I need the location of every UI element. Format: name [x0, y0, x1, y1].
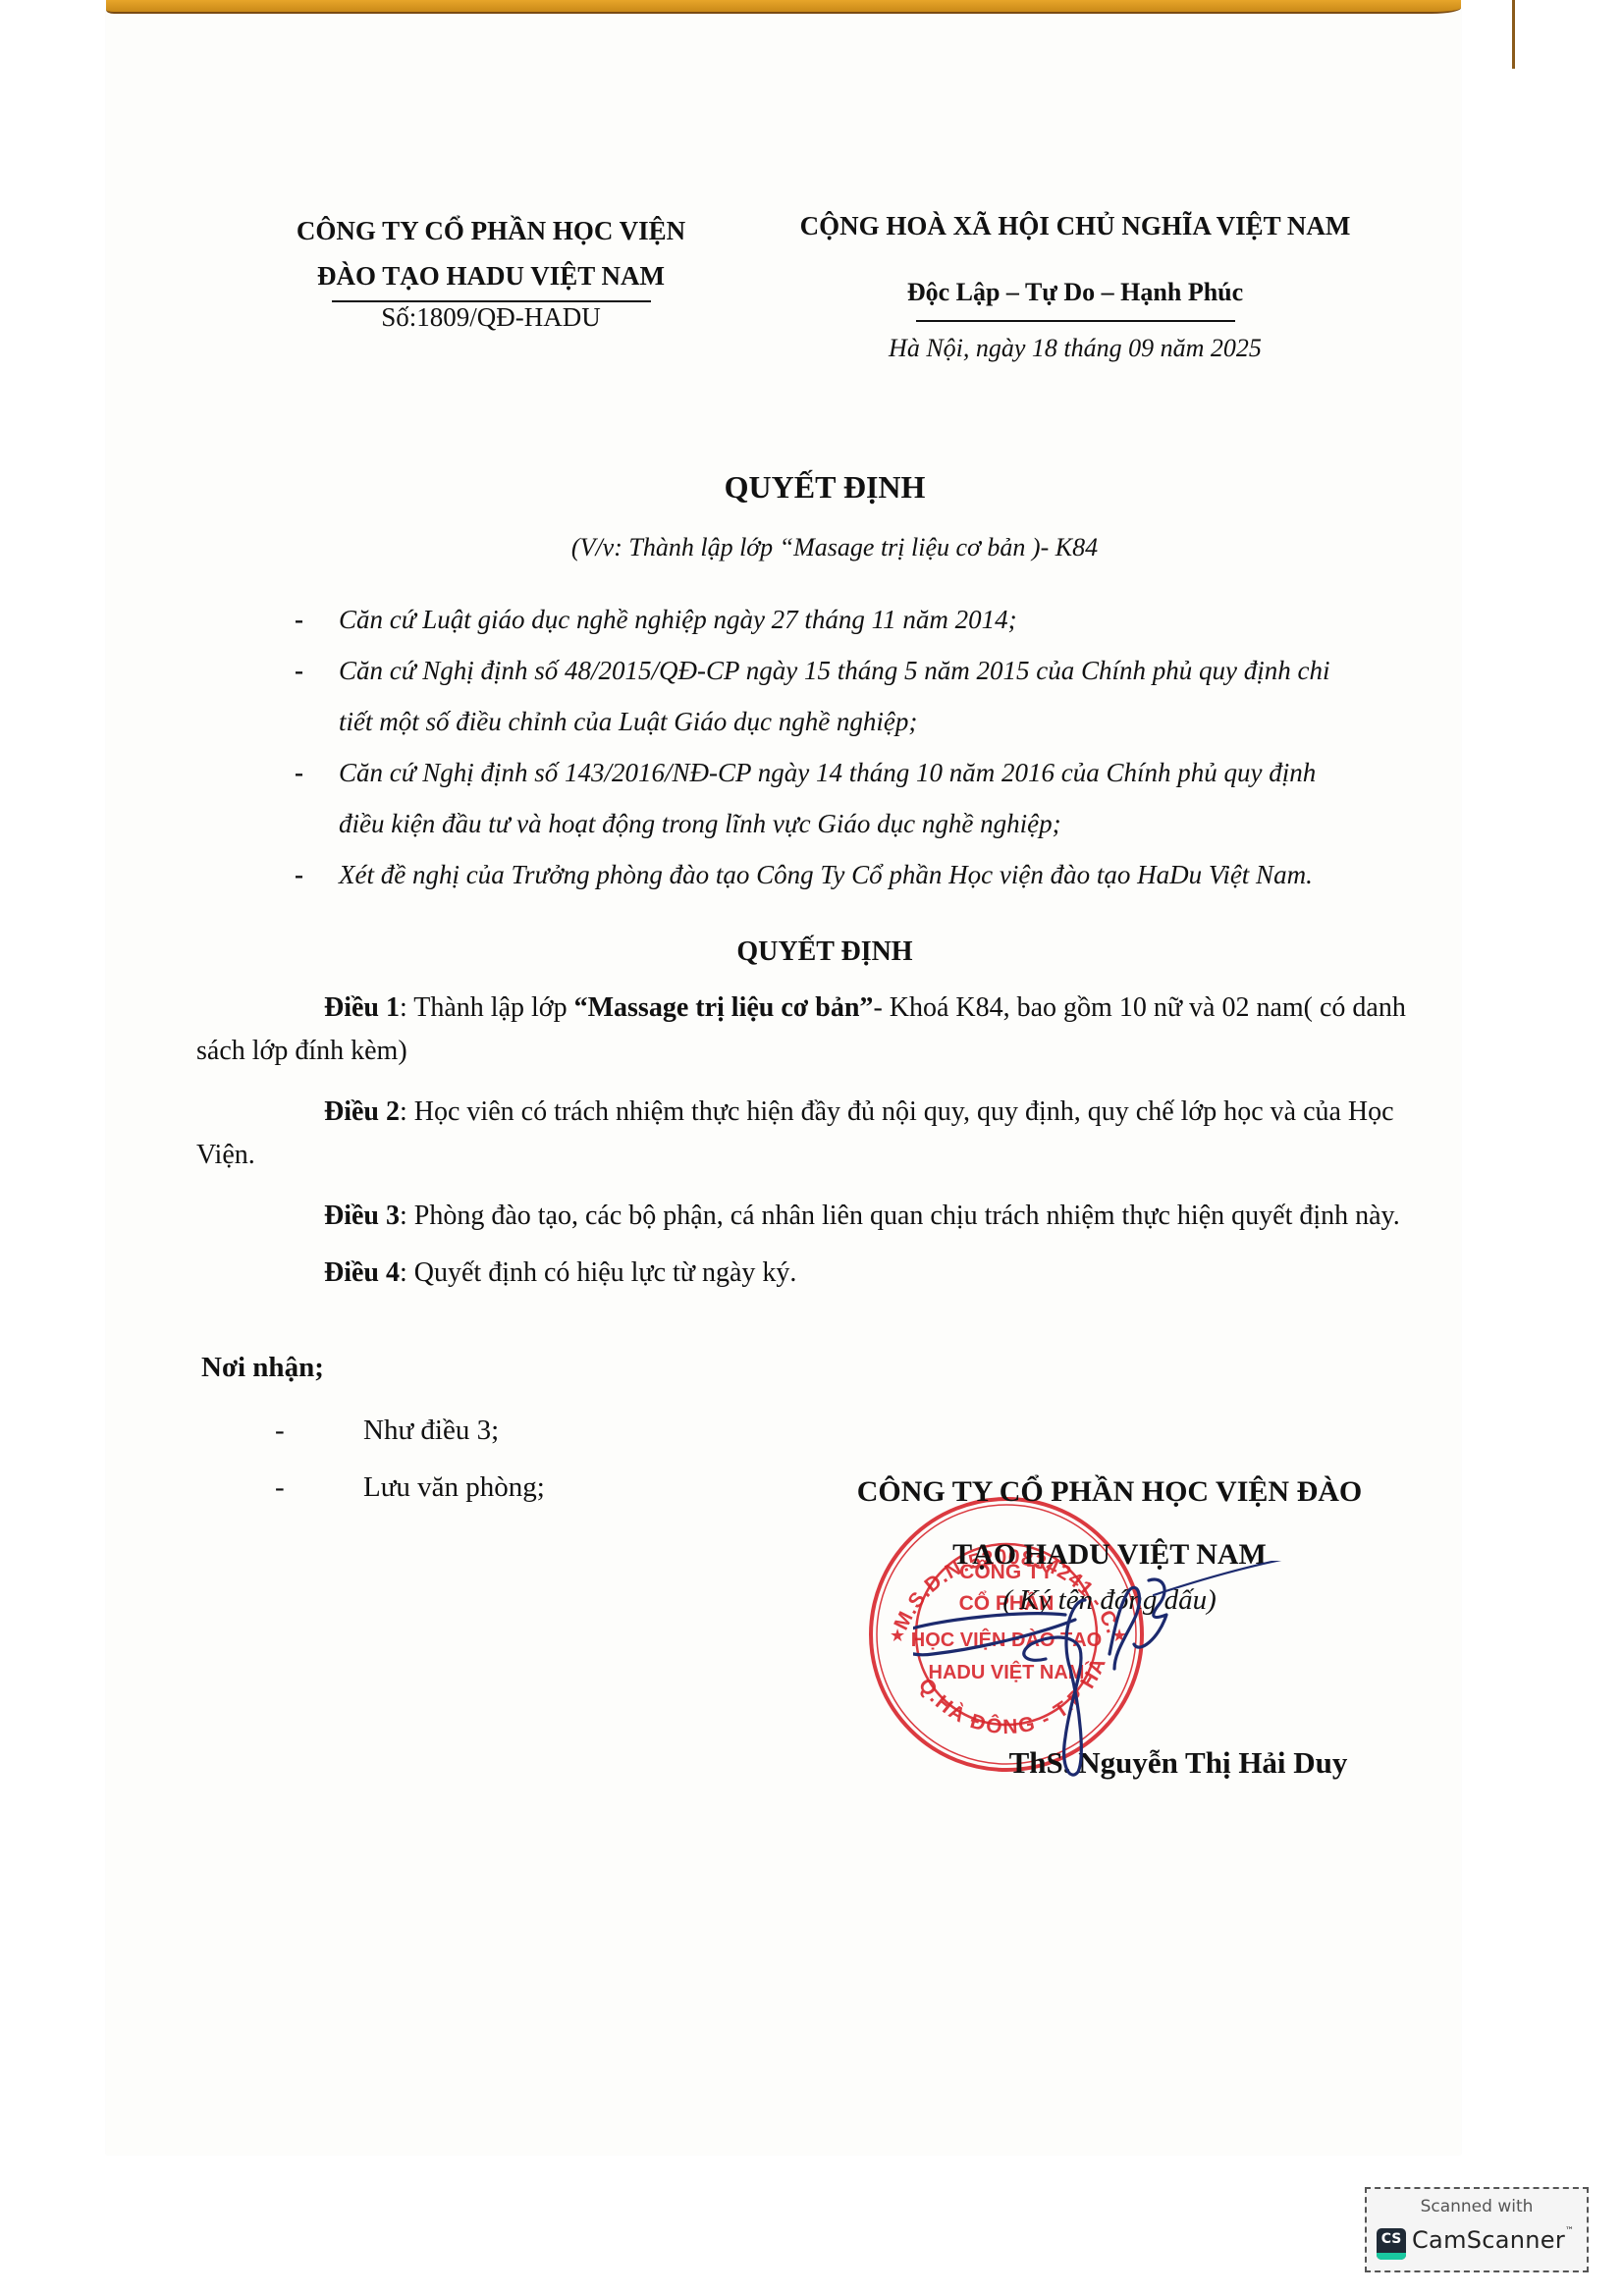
issuer-header: CÔNG TY CỔ PHẦN HỌC VIỆN ĐÀO TẠO HADU VI… — [245, 208, 736, 332]
paper-edge — [1512, 0, 1515, 69]
folder-edge — [106, 0, 1461, 14]
recipient-item: - Như điều 3; — [275, 1402, 545, 1459]
country-name: CỘNG HOÀ XÃ HỘI CHỦ NGHĨA VIỆT NAM — [756, 206, 1394, 245]
svg-text:★: ★ — [890, 1626, 905, 1645]
legal-basis-item: - Căn cứ Nghị định số 143/2016/NĐ-CP ngà… — [295, 754, 1453, 842]
place-date: Hà Nội, ngày 18 tháng 09 năm 2025 — [756, 332, 1394, 365]
legal-basis-item: - Xét đề nghị của Trưởng phòng đào tạo C… — [295, 856, 1453, 893]
recipients-heading: Nơi nhận; — [201, 1343, 545, 1392]
camscanner-watermark: Scanned with CS CamScanner™ — [1365, 2187, 1589, 2272]
signer-org-line1: CÔNG TY CỔ PHẦN HỌC VIỆN ĐÀO — [795, 1461, 1424, 1523]
national-motto: Độc Lập – Tự Do – Hạnh Phúc — [756, 273, 1394, 312]
watermark-caption: Scanned with — [1367, 2197, 1587, 2216]
camscanner-logo-icon: CS — [1377, 2228, 1406, 2260]
article-3: Điều 3: Phòng đào tạo, các bộ phận, cá n… — [196, 1195, 1434, 1238]
article-2: Điều 2: Học viên có trách nhiệm thực hiệ… — [196, 1091, 1434, 1177]
issuer-name-line2: ĐÀO TẠO HADU VIỆT NAM — [245, 253, 736, 298]
recipients: Nơi nhận; - Như điều 3; - Lưu văn phòng; — [201, 1343, 545, 1516]
handwritten-signature-icon — [913, 1561, 1306, 1787]
article-4: Điều 4: Quyết định có hiệu lực từ ngày k… — [196, 1252, 1434, 1295]
legal-bases-list: - Căn cứ Luật giáo dục nghề nghiệp ngày … — [295, 601, 1453, 907]
recipient-item: - Lưu văn phòng; — [275, 1459, 545, 1516]
issuer-name-line1: CÔNG TY CỔ PHẦN HỌC VIỆN — [245, 208, 736, 253]
legal-basis-item: - Căn cứ Luật giáo dục nghề nghiệp ngày … — [295, 601, 1453, 638]
motto-underline — [916, 320, 1235, 322]
articles-list: Điều 1: Thành lập lớp “Massage trị liệu … — [196, 987, 1434, 1299]
document-number: Số:1809/QĐ-HADU — [245, 302, 736, 332]
article-1: Điều 1: Thành lập lớp “Massage trị liệu … — [196, 987, 1434, 1073]
legal-basis-item: - Căn cứ Nghị định số 48/2015/QĐ-CP ngày… — [295, 652, 1453, 740]
decision-heading: QUYẾT ĐỊNH — [530, 936, 1119, 968]
document-subject: (V/v: Thành lập lớp “Masage trị liệu cơ … — [530, 533, 1139, 562]
national-header: CỘNG HOÀ XÃ HỘI CHỦ NGHĨA VIỆT NAM Độc L… — [756, 206, 1394, 365]
document-title: QUYẾT ĐỊNH — [530, 469, 1119, 506]
watermark-brand: CamScanner™ — [1412, 2226, 1574, 2254]
